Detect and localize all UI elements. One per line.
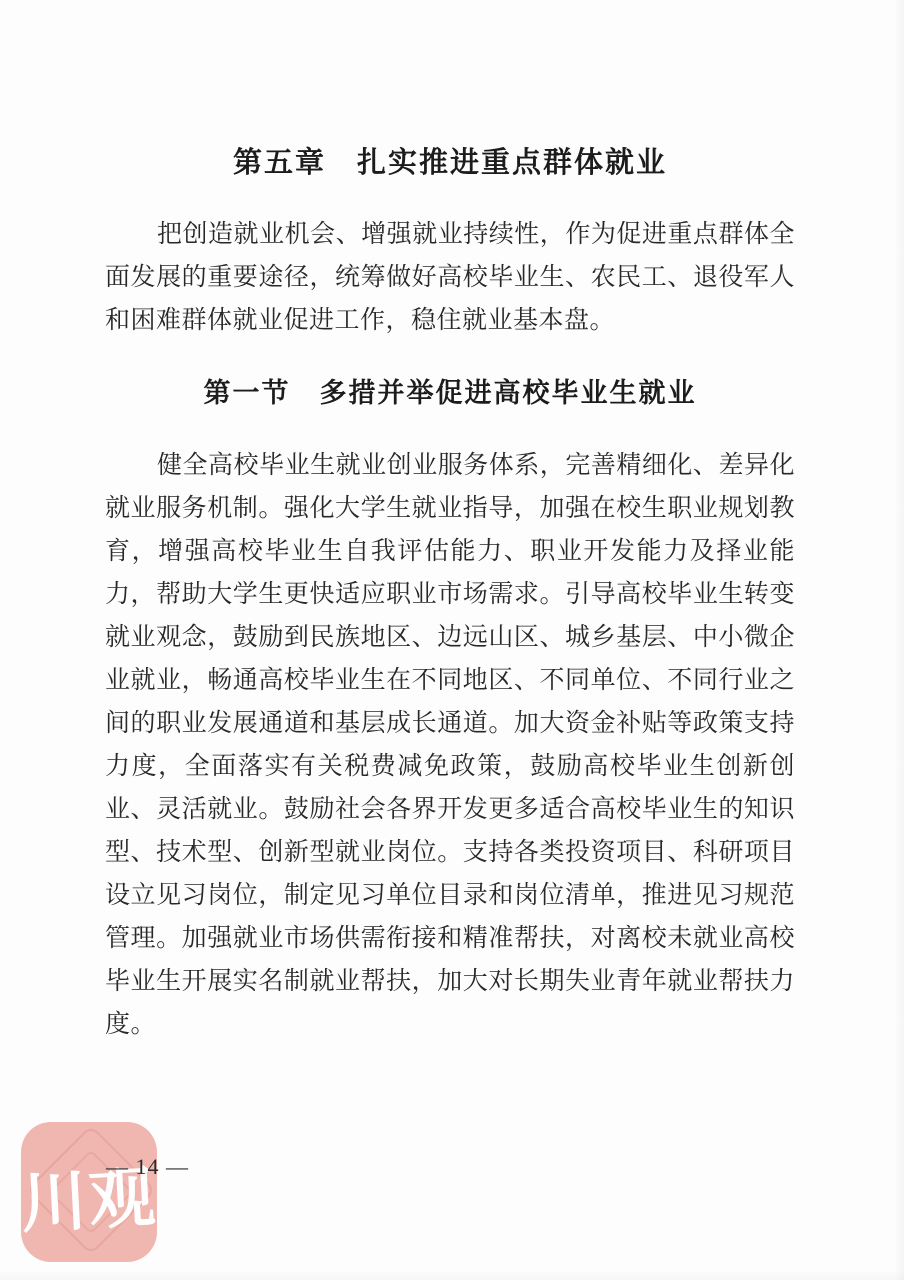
- chapter-title: 第五章 扎实推进重点群体就业: [105, 143, 795, 183]
- section-title: 第一节 多措并举促进高校毕业生就业: [105, 374, 795, 412]
- scanned-document-page: 第五章 扎实推进重点群体就业 把创造就业机会、增强就业持续性，作为促进重点群体全…: [0, 0, 904, 1280]
- paragraph-section-body: 健全高校毕业生就业创业服务体系，完善精细化、差异化就业服务机制。强化大学生就业指…: [105, 444, 795, 1046]
- document-body: 第五章 扎实推进重点群体就业 把创造就业机会、增强就业持续性，作为促进重点群体全…: [105, 143, 795, 1046]
- paragraph-intro: 把创造就业机会、增强就业持续性，作为促进重点群体全面发展的重要途径，统筹做好高校…: [105, 213, 795, 342]
- page-number: — 14 —: [106, 1153, 189, 1181]
- chuanguan-watermark-logo: 川观: [21, 1122, 157, 1262]
